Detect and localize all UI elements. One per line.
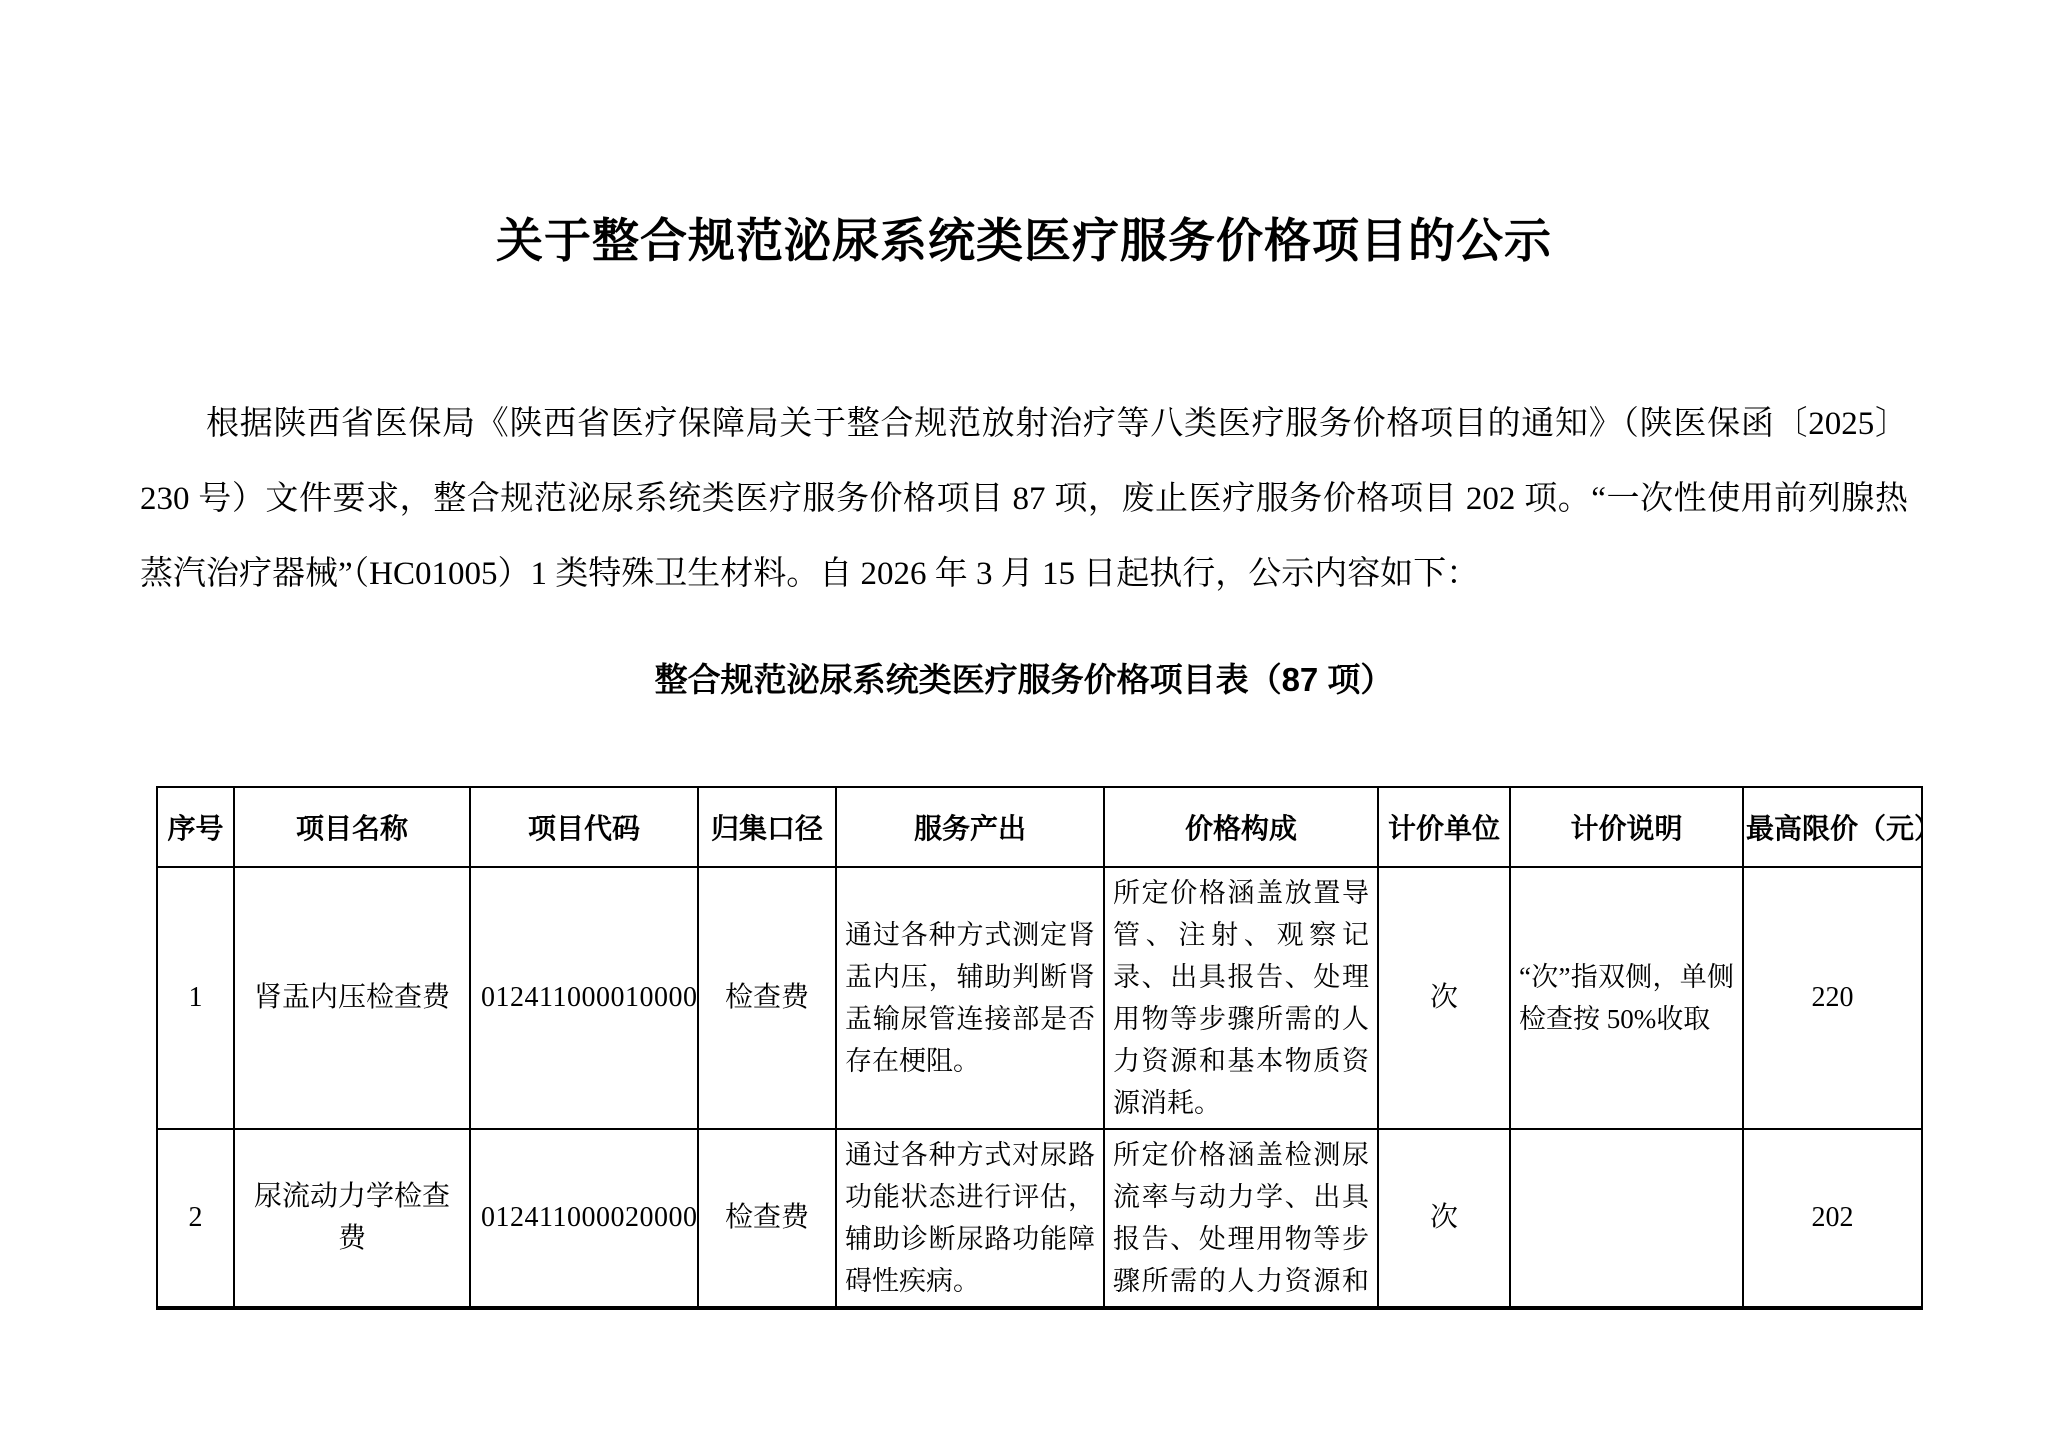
cell-note bbox=[1510, 1129, 1743, 1308]
col-header-note: 计价说明 bbox=[1510, 787, 1743, 867]
cell-composition: 所定价格涵盖放置导管、注射、观察记录、出具报告、处理用物等步骤所需的人力资源和基… bbox=[1104, 867, 1378, 1129]
cell-price: 202 bbox=[1743, 1129, 1922, 1308]
cell-unit: 次 bbox=[1378, 1129, 1510, 1308]
table-header-row: 序号 项目名称 项目代码 归集口径 服务产出 价格构成 计价单位 计价说明 最高… bbox=[157, 787, 1922, 867]
truncated-cell-text: 所定价格涵盖检测尿流率与动力学、出具报告、处理用物等步骤所需的人力资源和基本物质… bbox=[1113, 1134, 1369, 1302]
intro-paragraph: 根据陕西省医保局《陕西省医疗保障局关于整合规范放射治疗等八类医疗服务价格项目的通… bbox=[140, 387, 1908, 612]
col-header-name: 项目名称 bbox=[234, 787, 470, 867]
table-row: 1 肾盂内压检查费 012411000010000 检查费 通过各种方式测定肾盂… bbox=[157, 867, 1922, 1129]
cell-seq: 2 bbox=[157, 1129, 234, 1308]
cell-output: 通过各种方式测定肾盂内压，辅助判断肾盂输尿管连接部是否存在梗阻。 bbox=[836, 867, 1104, 1129]
document-title: 关于整合规范泌尿系统类医疗服务价格项目的公示 bbox=[0, 212, 2048, 272]
cell-name: 尿流动力学检查费 bbox=[234, 1129, 470, 1308]
price-table: 序号 项目名称 项目代码 归集口径 服务产出 价格构成 计价单位 计价说明 最高… bbox=[156, 786, 1923, 1310]
col-header-unit: 计价单位 bbox=[1378, 787, 1510, 867]
cell-category: 检查费 bbox=[698, 1129, 836, 1308]
col-header-output: 服务产出 bbox=[836, 787, 1104, 867]
cell-code: 012411000010000 bbox=[470, 867, 698, 1129]
cell-unit: 次 bbox=[1378, 867, 1510, 1129]
cell-price: 220 bbox=[1743, 867, 1922, 1129]
cell-code: 012411000020000 bbox=[470, 1129, 698, 1308]
cell-composition: 所定价格涵盖检测尿流率与动力学、出具报告、处理用物等步骤所需的人力资源和基本物质… bbox=[1104, 1129, 1378, 1308]
col-header-composition: 价格构成 bbox=[1104, 787, 1378, 867]
cell-output: 通过各种方式对尿路功能状态进行评估，辅助诊断尿路功能障碍性疾病。 bbox=[836, 1129, 1104, 1308]
table-row: 2 尿流动力学检查费 012411000020000 检查费 通过各种方式对尿路… bbox=[157, 1129, 1922, 1308]
cell-name: 肾盂内压检查费 bbox=[234, 867, 470, 1129]
col-header-category: 归集口径 bbox=[698, 787, 836, 867]
document-page: 关于整合规范泌尿系统类医疗服务价格项目的公示 根据陕西省医保局《陕西省医疗保障局… bbox=[0, 0, 2048, 1448]
table-caption: 整合规范泌尿系统类医疗服务价格项目表（87 项） bbox=[0, 660, 2048, 700]
cell-category: 检查费 bbox=[698, 867, 836, 1129]
col-header-price: 最高限价（元） bbox=[1743, 787, 1922, 867]
col-header-seq: 序号 bbox=[157, 787, 234, 867]
col-header-code: 项目代码 bbox=[470, 787, 698, 867]
cell-seq: 1 bbox=[157, 867, 234, 1129]
cell-note: “次”指双侧，单侧检查按 50%收取 bbox=[1510, 867, 1743, 1129]
